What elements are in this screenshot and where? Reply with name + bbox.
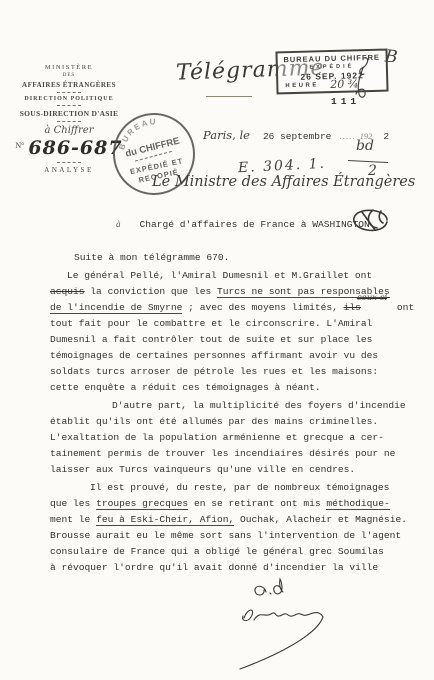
divider bbox=[57, 121, 81, 122]
ministry-line2: DES bbox=[14, 73, 124, 78]
body-line: L'exaltation de la population arménienne… bbox=[50, 430, 402, 446]
underlined-text: feu à Eski-Cheir, Afion, bbox=[96, 514, 234, 526]
paraph-scribble-icon bbox=[348, 203, 392, 239]
number-prefix: N° bbox=[15, 141, 24, 150]
telegram-document: MINISTÈRE DES AFFAIRES ÉTRANGÈRES DIRECT… bbox=[0, 0, 434, 680]
body-text: que les bbox=[50, 498, 96, 509]
body-text: Il est prouvé, du reste, par de nombreux… bbox=[90, 482, 389, 493]
registry-number: 111 bbox=[331, 96, 360, 107]
ministry-line3: AFFAIRES ÉTRANGÈRES bbox=[14, 81, 124, 89]
body-line: Dumesnil a fait contrôler tout de suite … bbox=[50, 332, 402, 348]
body-text: Brousse aurait eu le même sort sans l'in… bbox=[50, 530, 401, 541]
body-line: consulaire de France qui a obligé le gén… bbox=[50, 544, 402, 560]
body-line: Il est prouvé, du reste, par de nombreux… bbox=[50, 480, 402, 496]
body-text: établit qu'ils ont été allumés par des m… bbox=[50, 416, 378, 427]
round-stamp-middle-text: du CHIFFRE bbox=[124, 136, 180, 160]
body-line: ment le feu à Eski-Cheir, Afion, Ouchak,… bbox=[50, 512, 402, 528]
body-text: consulaire de France qui a obligé le gén… bbox=[50, 546, 384, 557]
body-text: Suite à mon télégramme 670. bbox=[74, 252, 229, 263]
body-text: la conviction que les bbox=[85, 286, 217, 297]
recipient-preposition: à bbox=[116, 219, 121, 229]
body-line: tout fait pour le combattre et le circon… bbox=[50, 316, 402, 332]
body-text: Dumesnil a fait contrôler tout de suite … bbox=[50, 334, 372, 345]
body-line: acquis la conviction que les Turcs ne so… bbox=[50, 284, 402, 300]
body-text: témoignages de certaines personnes affir… bbox=[50, 350, 378, 361]
body-paragraph: Le général Pellé, l'Amiral Dumesnil et M… bbox=[50, 268, 402, 396]
sous-direction-asie: SOUS-DIRECTION D'ASIE bbox=[14, 109, 124, 118]
body-paragraph: D'autre part, la multiplicité des foyers… bbox=[50, 398, 402, 478]
body-paragraph: Il est prouvé, du reste, par de nombreux… bbox=[50, 480, 402, 576]
body-text: laisser aux Turcs vainqueurs qu'une vill… bbox=[50, 464, 355, 475]
body-line: établit qu'ils ont été allumés par des m… bbox=[50, 414, 402, 430]
body-text: ment le bbox=[50, 514, 96, 525]
body-paragraph: Suite à mon télégramme 670. bbox=[50, 250, 402, 266]
fraction-top-annotation: bd bbox=[356, 138, 374, 154]
dateline-dots: ..... bbox=[339, 131, 355, 141]
body-line: Brousse aurait eu le même sort sans l'in… bbox=[50, 528, 402, 544]
body-line: laisser aux Turcs vainqueurs qu'une vill… bbox=[50, 462, 402, 478]
dateline-year-typed: 2 bbox=[383, 131, 389, 142]
body-line: témoignages de certaines personnes affir… bbox=[50, 348, 402, 364]
divider bbox=[57, 92, 81, 93]
underlined-text: méthodique- bbox=[326, 498, 389, 510]
body-line: Suite à mon télégramme 670. bbox=[50, 250, 402, 266]
underlined-text: troupes grecques bbox=[96, 498, 188, 510]
body-text: L'exaltation de la population arménienne… bbox=[50, 432, 384, 443]
body-line: cette enquête a réduit ces témoignages à… bbox=[50, 380, 402, 396]
body-line: D'autre part, la multiplicité des foyers… bbox=[50, 398, 402, 414]
body-text: tout fait pour le combattre et le circon… bbox=[50, 318, 372, 329]
body-text: D'autre part, la multiplicité des foyers… bbox=[112, 400, 406, 411]
divider bbox=[57, 105, 81, 106]
sender-line: Le Ministre des Affaires Étrangères bbox=[152, 174, 415, 190]
body-line: soldats turcs arroser de pétrole les rue… bbox=[50, 364, 402, 380]
dateline-place: Paris, le bbox=[203, 128, 250, 142]
body-line: tainement permis de trouver les incendia… bbox=[50, 446, 402, 462]
body-text: en se retirant ont mis bbox=[188, 498, 326, 509]
body-line: que les troupes grecques en se retirant … bbox=[50, 496, 402, 512]
title-underline bbox=[206, 96, 252, 97]
round-cipher-stamp: BUREAU du CHIFFRE EXPÉDIÉ ET RECOPIÉ bbox=[102, 102, 206, 206]
struck-text: ilsceux-ci bbox=[344, 302, 392, 313]
divider bbox=[57, 162, 81, 163]
telegram-body: Suite à mon télégramme 670.Le général Pe… bbox=[50, 250, 402, 578]
body-text: Le général Pellé, l'Amiral Dumesnil et M… bbox=[67, 270, 372, 281]
body-line: Le général Pellé, l'Amiral Dumesnil et M… bbox=[50, 268, 402, 284]
handwritten-correction: ceux-ci bbox=[357, 293, 387, 303]
body-line: à révoquer l'ordre qu'il avait donné d'i… bbox=[50, 560, 402, 576]
body-text: soldats turcs arroser de pétrole les rue… bbox=[50, 366, 378, 377]
body-text: cette enquête a réduit ces témoignages à… bbox=[50, 382, 321, 393]
body-text: Ouchak, Alacheir et Magnésie. bbox=[234, 514, 407, 525]
body-text: tainement permis de trouver les incendia… bbox=[50, 448, 395, 459]
body-text: ; avec des moyens limités, bbox=[182, 302, 343, 313]
recipient-line: à Chargé d'affaires de France à WASHINGT… bbox=[116, 214, 376, 233]
analyse-label: ANALYSE bbox=[14, 166, 124, 174]
body-text: ont bbox=[391, 302, 414, 313]
ministry-line1: MINISTÈRE bbox=[14, 64, 124, 71]
recipient-text: Chargé d'affaires de France à WASHINGTON… bbox=[140, 219, 376, 230]
struck-text: acquis bbox=[50, 286, 85, 297]
margin-letter-annotation: B bbox=[384, 46, 399, 67]
direction-politique: DIRECTION POLITIQUE bbox=[14, 96, 124, 102]
signature-scribble bbox=[220, 576, 350, 674]
underlined-text: de l'incendie de Smyrne bbox=[50, 302, 182, 314]
body-line: de l'incendie de Smyrne ; avec des moyen… bbox=[50, 300, 402, 316]
body-text: à révoquer l'ordre qu'il avait donné d'i… bbox=[50, 562, 378, 573]
dateline-date: 26 septembre bbox=[263, 131, 331, 142]
